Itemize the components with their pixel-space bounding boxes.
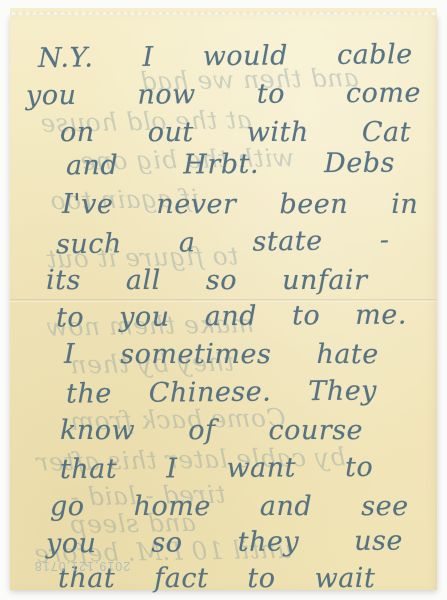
handwriting-line: on out with Cat [60, 117, 411, 149]
handwriting-line: go home and see [50, 491, 409, 523]
letter-page: and then we had at the old house with th… [10, 15, 437, 590]
handwriting-line: I sometimes hate [64, 339, 379, 371]
handwriting-line: I've never been in [62, 189, 418, 221]
handwriting-line: know of course [60, 415, 363, 447]
torn-paper-edge [10, 8, 437, 15]
accession-number: 2019.121.0718 [22, 559, 142, 573]
handwriting-line: the Chinese. They [66, 375, 377, 410]
handwriting-line: you so they use [46, 525, 403, 560]
handwriting-line: to you and to me. [56, 299, 407, 334]
scan-background: { "document": { "paper_color": "#f2e7bd"… [0, 0, 447, 600]
handwriting-line: such a state - [56, 225, 390, 262]
handwriting-line: you now to come [26, 78, 421, 113]
handwriting-line: its all so unfair [46, 265, 367, 297]
handwriting-line: N.Y. I would cable [38, 39, 413, 75]
handwriting-line: that I want to [60, 452, 373, 486]
handwriting-line: and Hrbt. Debs [66, 148, 395, 183]
